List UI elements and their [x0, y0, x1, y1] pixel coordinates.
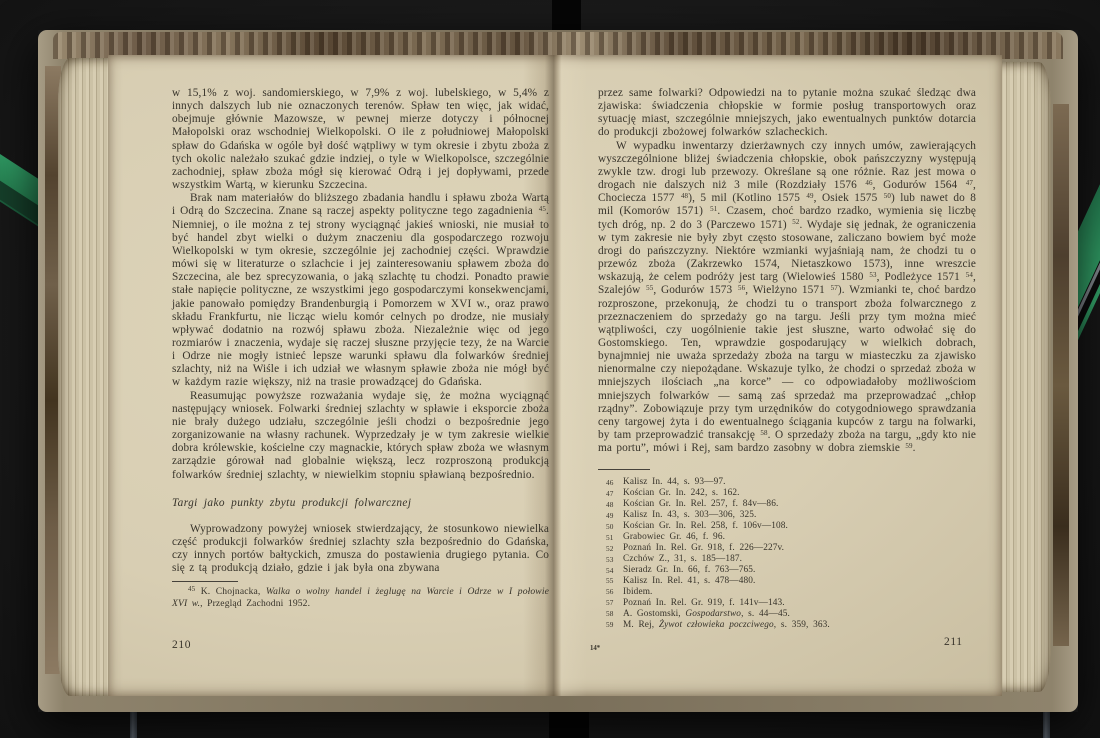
signature-mark: 14*	[590, 645, 600, 652]
footnote-text: Sieradz Gr. In. 66, f. 763—765.	[623, 565, 976, 576]
footnote: 54 Sieradz Gr. In. 66, f. 763—765.	[598, 565, 976, 576]
footnote: 51 Grabowiec Gr. 46, f. 96.	[598, 532, 976, 543]
left-page: w 15,1% z woj. sandomierskiego, w 7,9% z…	[172, 87, 549, 609]
footnote-list: 46 Kalisz In. 44, s. 93—97. 47 Kościan G…	[598, 469, 976, 630]
footnote: 56 Ibidem.	[598, 587, 976, 598]
right-page: przez same folwarki? Odpowiedzi na to py…	[598, 87, 976, 631]
footnote-number: 53	[606, 554, 623, 565]
footnote-number: 57	[606, 598, 623, 609]
footnote: 50 Kościan Gr. In. Rel. 258, f. 106v—108…	[598, 521, 976, 532]
footnote-text: Kościan Gr. In. 242, s. 162.	[623, 488, 976, 499]
footnote-number: 54	[606, 565, 623, 576]
footnote-text: Kalisz In. Rel. 41, s. 478—480.	[623, 576, 976, 587]
footnote-text: Poznań In. Rel. Gr. 918, f. 226—227v.	[623, 543, 976, 554]
footnote-rule	[598, 469, 650, 470]
footnote-text: Kościan Gr. In. Rel. 257, f. 84v—86.	[623, 499, 976, 510]
footnote: 47 Kościan Gr. In. 242, s. 162.	[598, 488, 976, 499]
footnote-number: 58	[606, 609, 623, 620]
footnote-text: Czchów Z., 31, s. 185—187.	[623, 554, 976, 565]
paragraph: Wyprowadzony powyżej wniosek stwierdzają…	[172, 523, 549, 576]
footnote: 57 Poznań In. Rel. Gr. 919, f. 141v—143.	[598, 598, 976, 609]
paragraph: w 15,1% z woj. sandomierskiego, w 7,9% z…	[172, 87, 549, 192]
footnote: 48 Kościan Gr. In. Rel. 257, f. 84v—86.	[598, 499, 976, 510]
paragraph: Reasumując powyższe rozważania wydaje si…	[172, 390, 549, 482]
fore-edge-marble-right	[1053, 104, 1069, 646]
footnote: 55 Kalisz In. Rel. 41, s. 478—480.	[598, 576, 976, 587]
paragraph: W wypadku inwentarzy dzierżawnych czy in…	[598, 140, 976, 456]
footnote: 46 Kalisz In. 44, s. 93—97.	[598, 477, 976, 488]
footnote-number: 49	[606, 510, 623, 521]
footnote: 58 A. Gostomski, Gospodarstwo, s. 44—45.	[598, 609, 976, 620]
footnote-number: 47	[606, 488, 623, 499]
footnote-number: 50	[606, 521, 623, 532]
footnote: 45 K. Chojnacka, Walka o wolny handel i …	[172, 586, 549, 609]
footnote-number: 56	[606, 587, 623, 598]
footnote-text: Kalisz In. 44, s. 93—97.	[623, 477, 976, 488]
footnote: 53 Czchów Z., 31, s. 185—187.	[598, 554, 976, 565]
footnote-text: A. Gostomski, Gospodarstwo, s. 44—45.	[623, 609, 976, 620]
footnote-number: 46	[606, 477, 623, 488]
footnote-text: Ibidem.	[623, 587, 976, 598]
paragraph: przez same folwarki? Odpowiedzi na to py…	[598, 87, 976, 140]
footnote: 52 Poznań In. Rel. Gr. 918, f. 226—227v.	[598, 543, 976, 554]
footnote: 49 Kalisz In. 43, s. 303—306, 325.	[598, 510, 976, 521]
footnote-rule	[172, 581, 238, 582]
footnote-text: Kalisz In. 43, s. 303—306, 325.	[623, 510, 976, 521]
footnote: 59 M. Rej, Żywot człowieka poczciwego, s…	[598, 620, 976, 631]
footnote-number: 55	[606, 576, 623, 587]
footnote-text: Kościan Gr. In. Rel. 258, f. 106v—108.	[623, 521, 976, 532]
footnote-number: 48	[606, 499, 623, 510]
book-scan-viewport: w 15,1% z woj. sandomierskiego, w 7,9% z…	[0, 0, 1100, 738]
page-number-left: 210	[172, 639, 191, 651]
page-number-right: 211	[944, 636, 963, 648]
footnote-text: Poznań In. Rel. Gr. 919, f. 141v—143.	[623, 598, 976, 609]
footnote-text: M. Rej, Żywot człowieka poczciwego, s. 3…	[623, 620, 976, 631]
paragraph: Brak nam materiałów do bliższego zbadani…	[172, 192, 549, 389]
footnote-number: 51	[606, 532, 623, 543]
section-heading: Targi jako punkty zbytu produkcji folwar…	[172, 497, 549, 510]
footnote-text: Grabowiec Gr. 46, f. 96.	[623, 532, 976, 543]
footnote-number: 59	[606, 620, 623, 631]
footnote-number: 52	[606, 543, 623, 554]
